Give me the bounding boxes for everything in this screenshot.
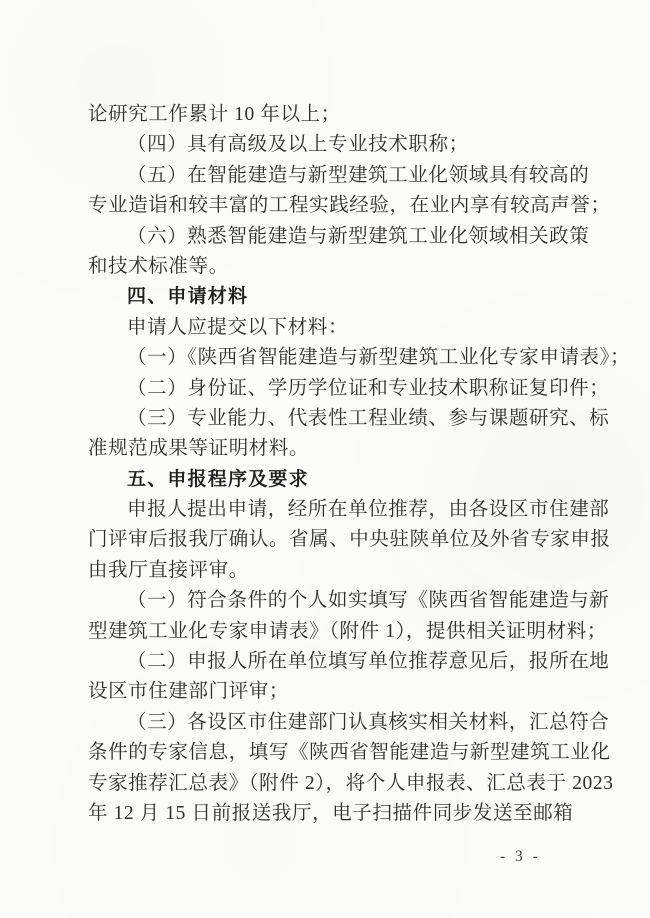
text-line: （五）在智能建造与新型建筑工业化领域具有较高的	[88, 161, 570, 191]
section-heading: 四、申请材料	[88, 282, 570, 312]
text-line: 条件的专家信息，填写《陕西省智能建造与新型建筑工业化	[88, 738, 570, 768]
text-line: 论研究工作累计 10 年以上；	[88, 100, 570, 130]
text-line: 由我厅直接评审。	[88, 556, 570, 586]
scanned-document-page: 论研究工作累计 10 年以上；（四）具有高级及以上专业技术职称；（五）在智能建造…	[0, 0, 650, 918]
text-line: （一）符合条件的个人如实填写《陕西省智能建造与新	[88, 586, 570, 616]
text-line: （四）具有高级及以上专业技术职称；	[88, 130, 570, 160]
text-line: 申请人应提交以下材料：	[88, 313, 570, 343]
text-line: 专家推荐汇总表》（附件 2），将个人申报表、汇总表于 2023	[88, 769, 570, 799]
text-line: 型建筑工业化专家申请表》（附件 1），提供相关证明材料；	[88, 617, 570, 647]
text-line: 专业造诣和较丰富的工程实践经验，在业内享有较高声誉；	[88, 191, 570, 221]
text-line: （三）各设区市住建部门认真核实相关材料，汇总符合	[88, 708, 570, 738]
text-line: （二）身份证、学历学位证和专业技术职称证复印件；	[88, 374, 570, 404]
text-line: 准规范成果等证明材料。	[88, 434, 570, 464]
text-line: （三）专业能力、代表性工程业绩、参与课题研究、标	[88, 404, 570, 434]
text-line: （六）熟悉智能建造与新型建筑工业化领域相关政策	[88, 222, 570, 252]
page-number: - 3 -	[500, 848, 541, 866]
text-line: 申报人提出申请，经所在单位推荐，由各设区市住建部	[88, 495, 570, 525]
text-line: 门评审后报我厅确认。省属、中央驻陕单位及外省专家申报	[88, 525, 570, 555]
text-line: （一）《陕西省智能建造与新型建筑工业化专家申请表》；	[88, 343, 570, 373]
document-body: 论研究工作累计 10 年以上；（四）具有高级及以上专业技术职称；（五）在智能建造…	[88, 100, 570, 829]
text-line: 设区市住建部门评审；	[88, 677, 570, 707]
text-line: （二）申报人所在单位填写单位推荐意见后，报所在地	[88, 647, 570, 677]
text-line: 和技术标准等。	[88, 252, 570, 282]
text-line: 年 12 月 15 日前报送我厅，电子扫描件同步发送至邮箱	[88, 799, 570, 829]
section-heading: 五、申报程序及要求	[88, 465, 570, 495]
